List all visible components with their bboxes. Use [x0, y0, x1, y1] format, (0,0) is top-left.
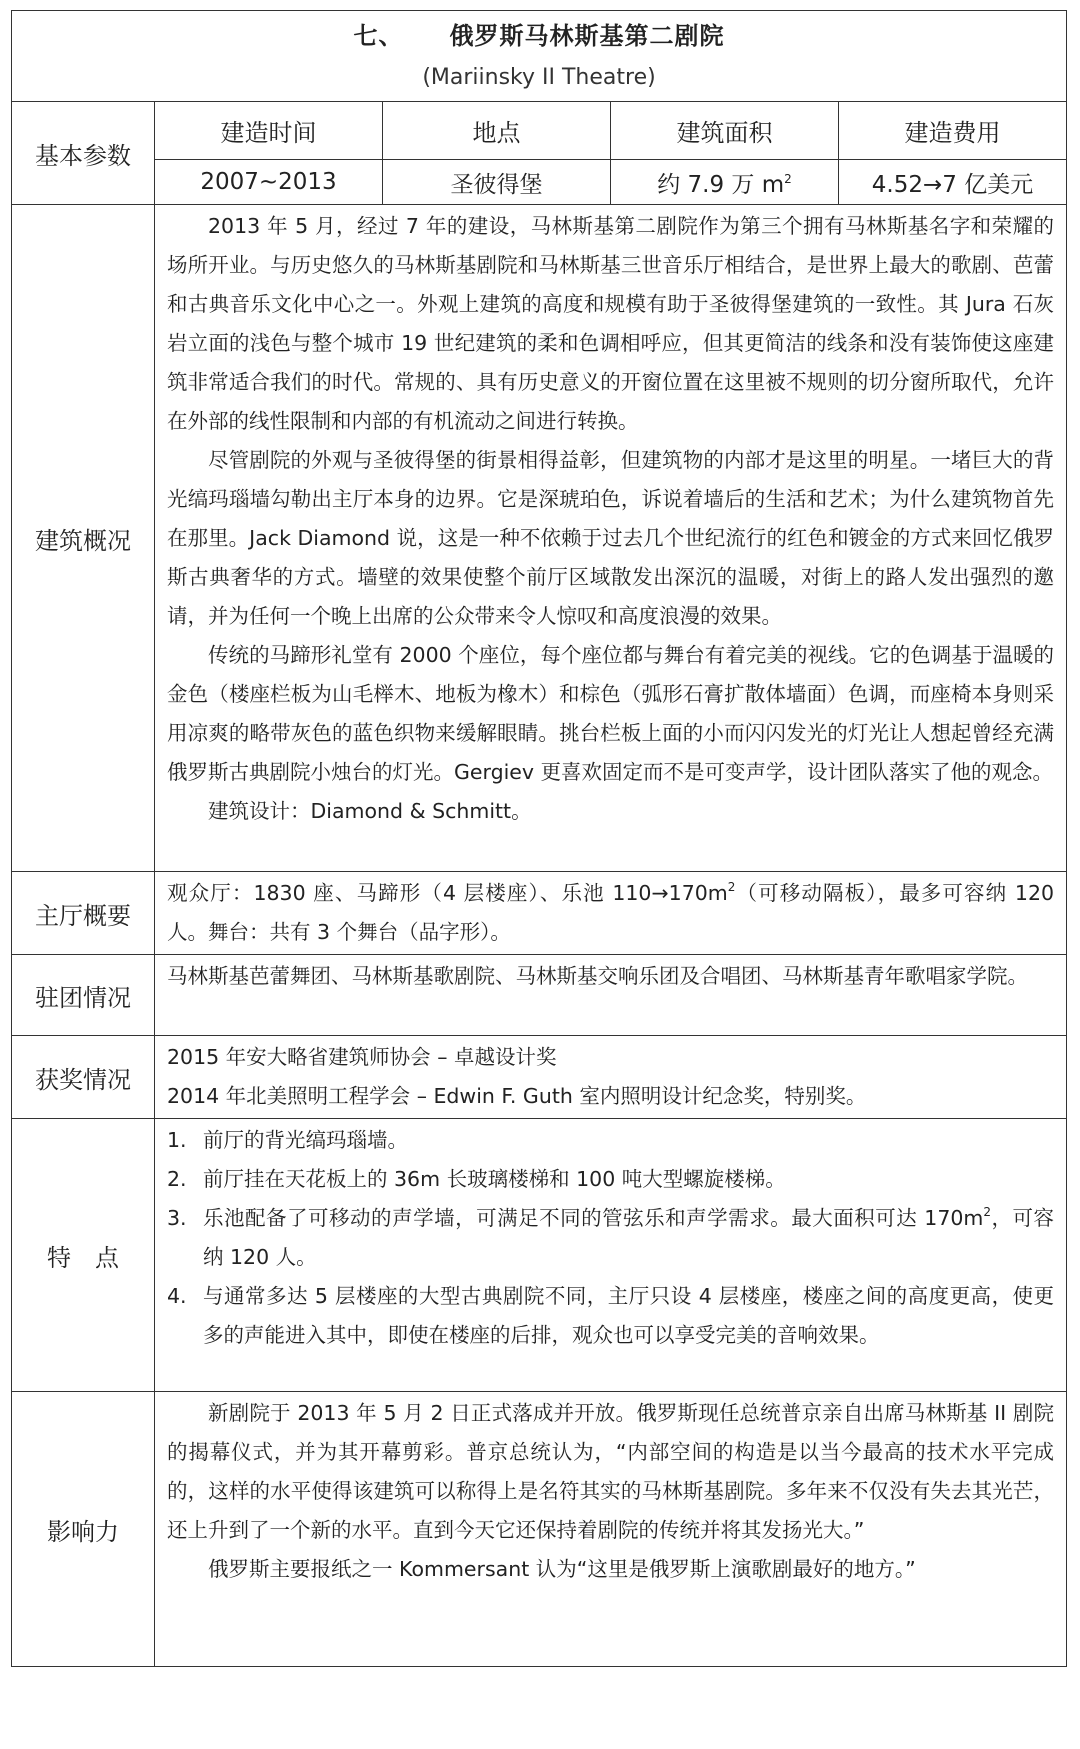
influence-content: 新剧院于 2013 年 5 月 2 日正式落成并开放。俄罗斯现任总统普京亲自出席… [155, 1392, 1067, 1667]
row-label-overview: 建筑概况 [12, 205, 155, 872]
param-header-build-time: 建造时间 [155, 102, 383, 160]
resident-row: 驻团情况 马林斯基芭蕾舞团、马林斯基歌剧院、马林斯基交响乐团及合唱团、马林斯基青… [12, 955, 1067, 1036]
features-list: 1.前厅的背光缟玛瑙墙。 2.前厅挂在天花板上的 36m 长玻璃楼梯和 100 … [167, 1121, 1054, 1355]
feature-number: 2. [167, 1160, 187, 1199]
resident-text: 马林斯基芭蕾舞团、马林斯基歌剧院、马林斯基交响乐团及合唱团、马林斯基青年歌唱家学… [167, 957, 1054, 996]
feature-number: 3. [167, 1199, 187, 1238]
main-hall-row: 主厅概要 观众厅：1830 座、马蹄形（4 层楼座）、乐池 110→170m2（… [12, 872, 1067, 955]
feature-number: 4. [167, 1277, 187, 1316]
influence-row: 影响力 新剧院于 2013 年 5 月 2 日正式落成并开放。俄罗斯现任总统普京… [12, 1392, 1067, 1667]
title-cell: 七、俄罗斯马林斯基第二剧院 (Mariinsky II Theatre) [12, 11, 1067, 102]
feature-text: 前厅挂在天花板上的 36m 长玻璃楼梯和 100 吨大型螺旋楼梯。 [203, 1167, 786, 1191]
row-label-resident: 驻团情况 [12, 955, 155, 1036]
row-label-basic-params: 基本参数 [12, 102, 155, 205]
theatre-name: 俄罗斯马林斯基第二剧院 [450, 22, 725, 50]
title-row: 七、俄罗斯马林斯基第二剧院 (Mariinsky II Theatre) [12, 11, 1067, 102]
param-value-area: 约 7.9 万 m2 [611, 160, 839, 205]
main-hall-text: 观众厅：1830 座、马蹄形（4 层楼座）、乐池 110→170m2（可移动隔板… [167, 874, 1054, 952]
area-superscript: 2 [784, 172, 792, 186]
awards-row: 获奖情况 2015 年安大略省建筑师协会 – 卓越设计奖 2014 年北美照明工… [12, 1036, 1067, 1119]
main-hall-content: 观众厅：1830 座、马蹄形（4 层楼座）、乐池 110→170m2（可移动隔板… [155, 872, 1067, 955]
feature-item: 2.前厅挂在天花板上的 36m 长玻璃楼梯和 100 吨大型螺旋楼梯。 [167, 1160, 1054, 1199]
feature-item: 3.乐池配备了可移动的声学墙，可满足不同的管弦乐和声学需求。最大面积可达 170… [167, 1199, 1054, 1277]
area-value: 约 7.9 万 m [657, 172, 784, 198]
row-label-features: 特 点 [12, 1119, 155, 1392]
resident-content: 马林斯基芭蕾舞团、马林斯基歌剧院、马林斯基交响乐团及合唱团、马林斯基青年歌唱家学… [155, 955, 1067, 1036]
overview-paragraph: 2013 年 5 月，经过 7 年的建设，马林斯基第二剧院作为第三个拥有马林斯基… [167, 207, 1054, 441]
feature-item: 1.前厅的背光缟玛瑙墙。 [167, 1121, 1054, 1160]
english-name: (Mariinsky II Theatre) [12, 58, 1066, 98]
param-header-cost: 建造费用 [839, 102, 1067, 160]
feature-superscript: 2 [983, 1205, 991, 1219]
features-row: 特 点 1.前厅的背光缟玛瑙墙。 2.前厅挂在天花板上的 36m 长玻璃楼梯和 … [12, 1119, 1067, 1392]
param-header-location: 地点 [383, 102, 611, 160]
row-label-main-hall: 主厅概要 [12, 872, 155, 955]
feature-number: 1. [167, 1121, 187, 1160]
overview-paragraph: 尽管剧院的外观与圣彼得堡的街景相得益彰，但建筑物的内部才是这里的明星。一堵巨大的… [167, 441, 1054, 636]
feature-text: 与通常多达 5 层楼座的大型古典剧院不同，主厅只设 4 层楼座，楼座之间的高度更… [203, 1284, 1054, 1347]
award-item: 2015 年安大略省建筑师协会 – 卓越设计奖 [167, 1038, 1054, 1077]
awards-content: 2015 年安大略省建筑师协会 – 卓越设计奖 2014 年北美照明工程学会 –… [155, 1036, 1067, 1119]
feature-item: 4.与通常多达 5 层楼座的大型古典剧院不同，主厅只设 4 层楼座，楼座之间的高… [167, 1277, 1054, 1355]
feature-text: 乐池配备了可移动的声学墙，可满足不同的管弦乐和声学需求。最大面积可达 170m [203, 1206, 983, 1230]
features-content: 1.前厅的背光缟玛瑙墙。 2.前厅挂在天花板上的 36m 长玻璃楼梯和 100 … [155, 1119, 1067, 1392]
feature-text: 前厅的背光缟玛瑙墙。 [203, 1128, 408, 1152]
param-value-cost: 4.52→7 亿美元 [839, 160, 1067, 205]
theatre-info-table: 七、俄罗斯马林斯基第二剧院 (Mariinsky II Theatre) 基本参… [11, 10, 1067, 1667]
overview-content: 2013 年 5 月，经过 7 年的建设，马林斯基第二剧院作为第三个拥有马林斯基… [155, 205, 1067, 872]
row-label-influence: 影响力 [12, 1392, 155, 1667]
param-header-area: 建筑面积 [611, 102, 839, 160]
overview-paragraph: 传统的马蹄形礼堂有 2000 个座位，每个座位都与舞台有着完美的视线。它的色调基… [167, 636, 1054, 792]
param-value-build-time: 2007~2013 [155, 160, 383, 205]
param-value-location: 圣彼得堡 [383, 160, 611, 205]
influence-paragraph: 俄罗斯主要报纸之一 Kommersant 认为“这里是俄罗斯上演歌剧最好的地方。… [167, 1550, 1054, 1589]
overview-row: 建筑概况 2013 年 5 月，经过 7 年的建设，马林斯基第二剧院作为第三个拥… [12, 205, 1067, 872]
section-number: 七、 [354, 14, 450, 58]
architect-credit: 建筑设计：Diamond & Schmitt。 [167, 792, 1054, 831]
main-hall-text-part1: 观众厅：1830 座、马蹄形（4 层楼座）、乐池 110→170m [167, 881, 728, 905]
row-label-awards: 获奖情况 [12, 1036, 155, 1119]
params-value-row: 2007~2013 圣彼得堡 约 7.9 万 m2 4.52→7 亿美元 [12, 160, 1067, 205]
page-title: 七、俄罗斯马林斯基第二剧院 [12, 14, 1066, 58]
influence-paragraph: 新剧院于 2013 年 5 月 2 日正式落成并开放。俄罗斯现任总统普京亲自出席… [167, 1394, 1054, 1550]
params-header-row: 基本参数 建造时间 地点 建筑面积 建造费用 [12, 102, 1067, 160]
award-item: 2014 年北美照明工程学会 – Edwin F. Guth 室内照明设计纪念奖… [167, 1077, 1054, 1116]
